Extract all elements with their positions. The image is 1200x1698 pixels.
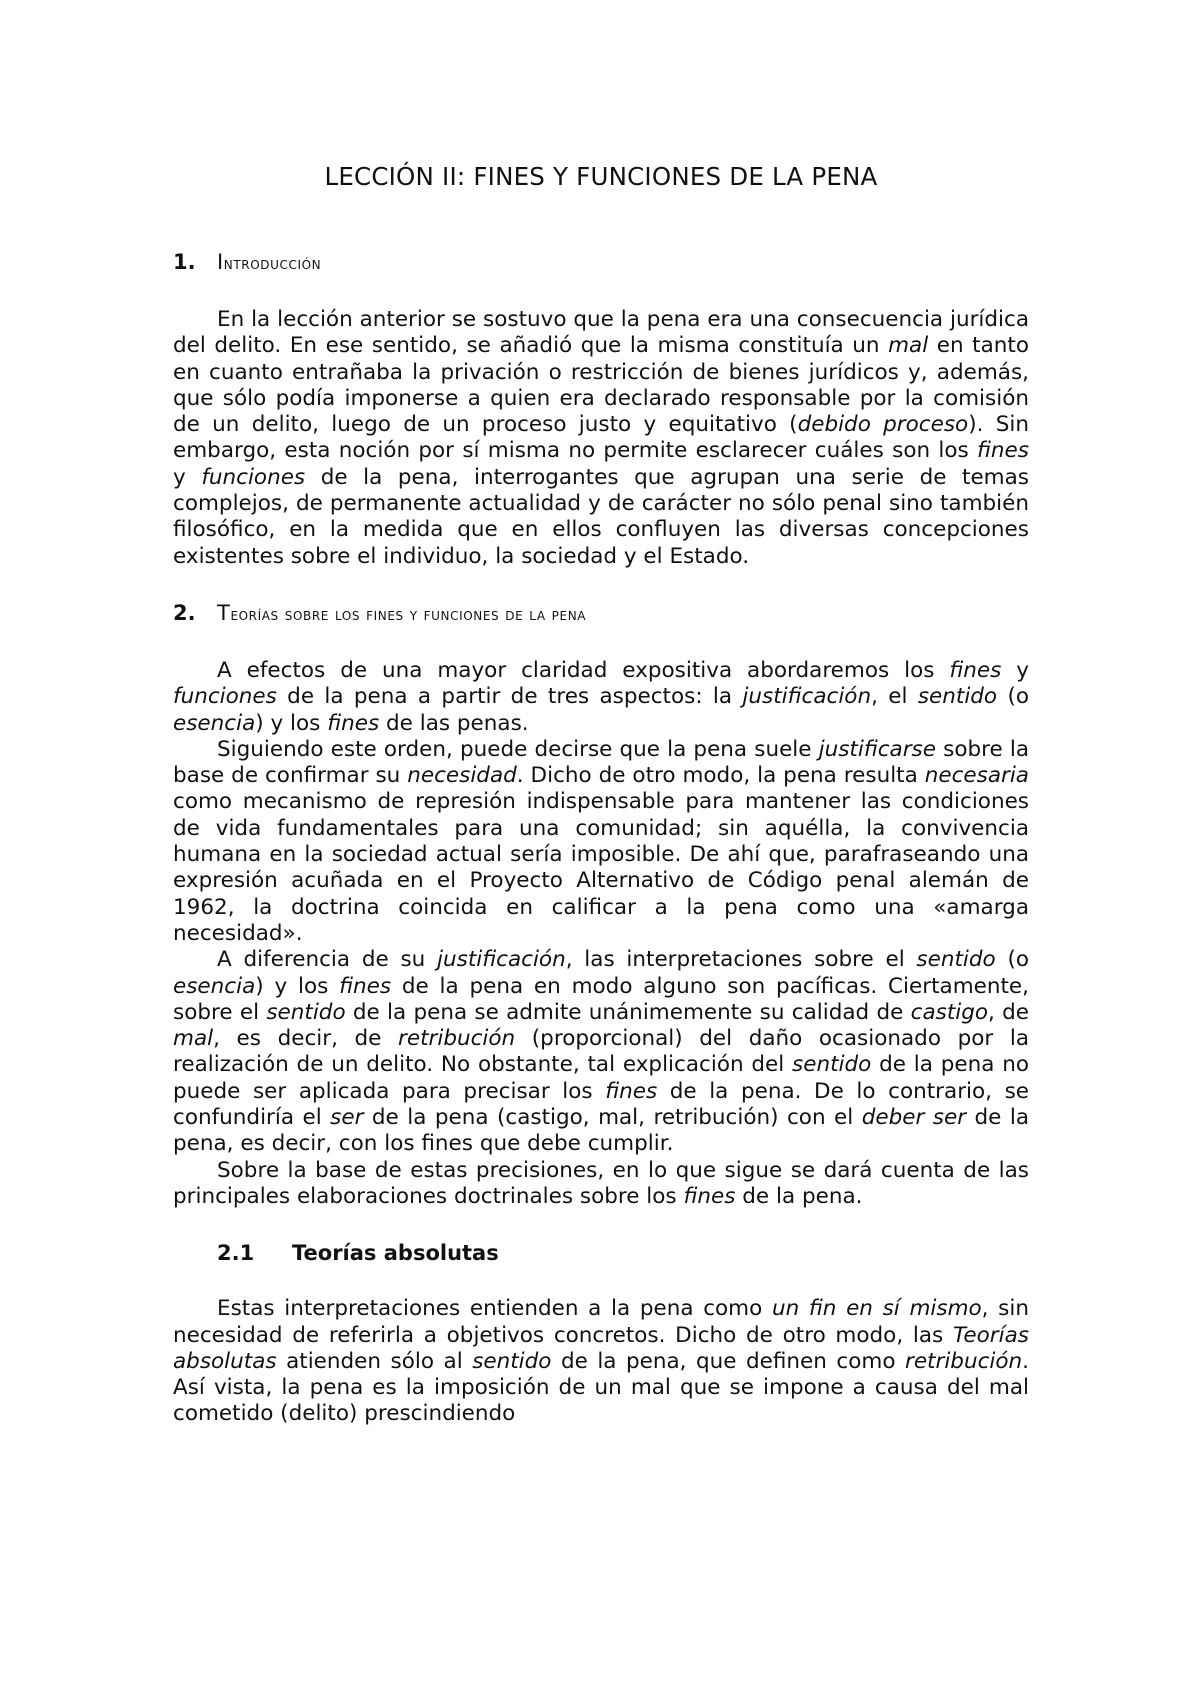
emphasis: mal <box>888 333 928 358</box>
section-body-teorias: A efectos de una mayor claridad expositi… <box>173 658 1029 1210</box>
emphasis: deber ser <box>862 1105 966 1130</box>
emphasis: fines <box>339 974 391 999</box>
emphasis: sentido <box>792 1052 871 1077</box>
text-run: Siguiendo este orden, puede decirse que … <box>217 737 819 762</box>
section-body-teorias-absolutas: Estas interpretaciones entienden a la pe… <box>173 1296 1029 1427</box>
page-title: LECCIÓN II: FINES Y FUNCIONES DE LA PENA <box>173 162 1029 192</box>
text-run: y <box>1001 658 1029 683</box>
emphasis: sentido <box>916 947 995 972</box>
subsection-heading-teorias-absolutas: 2.1Teorías absolutas <box>173 1240 1029 1266</box>
subsection-number: 2.1 <box>217 1240 292 1266</box>
paragraph: Siguiendo este orden, puede decirse que … <box>173 737 1029 947</box>
section-heading-teorias: 2.Teorías sobre los fines y funciones de… <box>173 600 1029 628</box>
emphasis: retribución <box>398 1026 515 1051</box>
emphasis: necesidad <box>407 763 517 788</box>
text-run: , las interpretaciones sobre el <box>566 947 917 972</box>
text-run: , es decir, de <box>213 1026 398 1051</box>
emphasis: justificación <box>742 684 871 709</box>
section-number: 2. <box>173 600 217 626</box>
text-run: Estas interpretaciones entienden a la pe… <box>217 1296 772 1321</box>
emphasis: debido proceso <box>798 412 969 437</box>
emphasis: esencia <box>173 974 255 999</box>
paragraph: Sobre la base de estas precisiones, en l… <box>173 1158 1029 1211</box>
text-run: A efectos de una mayor claridad expositi… <box>217 658 949 683</box>
section-heading-introduccion: 1.Introducción <box>173 249 1029 277</box>
section-number: 1. <box>173 249 217 275</box>
paragraph: A efectos de una mayor claridad expositi… <box>173 658 1029 737</box>
text-run: (o <box>997 684 1029 709</box>
emphasis: castigo <box>911 1000 988 1025</box>
text-run: de la pena. <box>735 1184 862 1209</box>
emphasis: sentido <box>266 1000 345 1025</box>
emphasis: mal <box>173 1026 213 1051</box>
section-body-introduccion: En la lección anterior se sostuvo que la… <box>173 307 1029 570</box>
text-run: de la pena a partir de tres aspectos: la <box>277 684 743 709</box>
paragraph: Estas interpretaciones entienden a la pe… <box>173 1296 1029 1427</box>
emphasis: sentido <box>918 684 997 709</box>
paragraph: En la lección anterior se sostuvo que la… <box>173 307 1029 570</box>
emphasis: un fin en sí mismo <box>772 1296 982 1321</box>
text-run: , el <box>871 684 918 709</box>
emphasis: fines <box>327 711 379 736</box>
text-run: Sobre la base de estas precisiones, en l… <box>173 1158 1029 1209</box>
emphasis: fines <box>977 438 1029 463</box>
text-run: atienden sólo al <box>277 1349 473 1374</box>
text-run: ) y los <box>255 711 327 736</box>
emphasis: necesaria <box>925 763 1029 788</box>
section-title: Teorías sobre los fines y funciones de l… <box>217 605 586 625</box>
emphasis: funciones <box>201 465 305 490</box>
paragraph: A diferencia de su justificación, las in… <box>173 947 1029 1157</box>
emphasis: funciones <box>173 684 277 709</box>
text-run: de la pena, que definen como <box>551 1349 905 1374</box>
document-page: LECCIÓN II: FINES Y FUNCIONES DE LA PENA… <box>173 162 1029 1458</box>
text-run: como mecanismo de represión indispensabl… <box>173 789 1029 945</box>
text-run: y <box>173 465 201 490</box>
emphasis: justificarse <box>819 737 936 762</box>
emphasis: esencia <box>173 711 255 736</box>
text-run: (o <box>996 947 1029 972</box>
text-run: ) y los <box>255 974 339 999</box>
text-run: , de <box>988 1000 1029 1025</box>
emphasis: sentido <box>472 1349 551 1374</box>
emphasis: ser <box>330 1105 363 1130</box>
emphasis: fines <box>605 1079 657 1104</box>
text-run: de la pena (castigo, mal, retribución) c… <box>363 1105 861 1130</box>
text-run: de las penas. <box>379 711 528 736</box>
emphasis: retribución <box>905 1349 1022 1374</box>
emphasis: fines <box>949 658 1001 683</box>
text-run: . Dicho de otro modo, la pena resulta <box>517 763 925 788</box>
emphasis: justificación <box>437 947 566 972</box>
emphasis: fines <box>683 1184 735 1209</box>
text-run: de la pena se admite unánimemente su cal… <box>346 1000 911 1025</box>
subsection-title: Teorías absolutas <box>292 1241 499 1265</box>
section-title: Introducción <box>217 254 321 274</box>
text-run: A diferencia de su <box>217 947 437 972</box>
